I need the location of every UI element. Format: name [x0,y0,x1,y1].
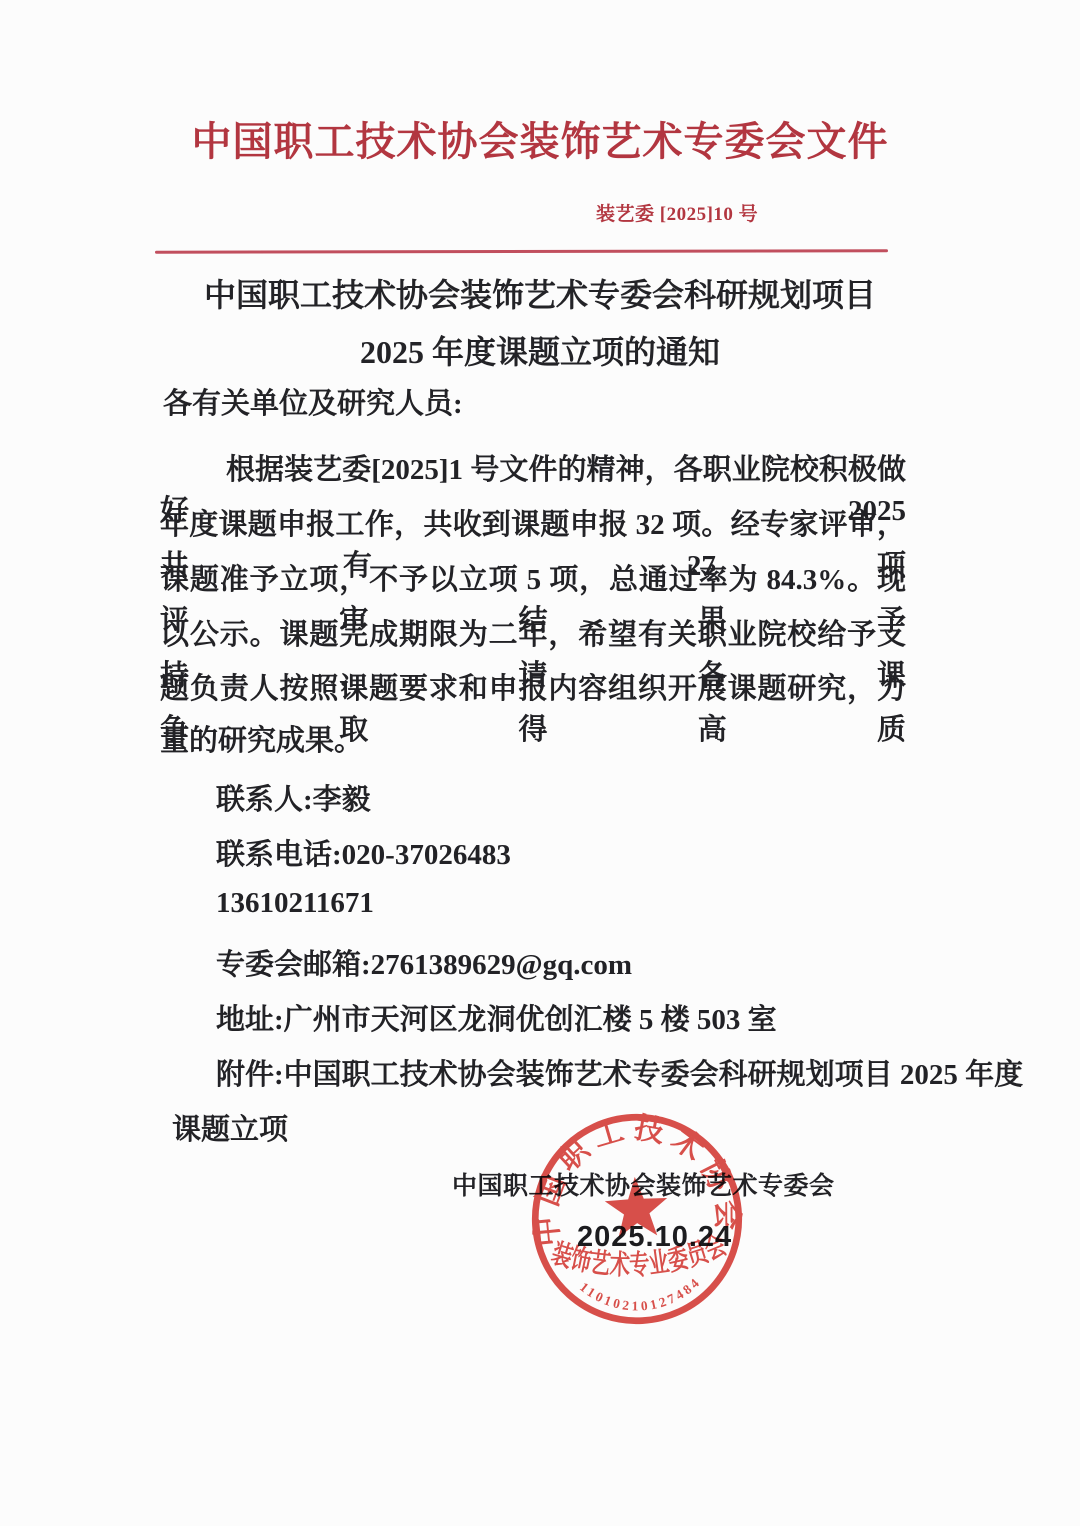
attachment-line: 附件:中国职工技术协会装饰艺术专委会科研规划项目 2025 年度 [216,1052,1023,1093]
notice-title-line1: 中国职工技术协会装饰艺术专委会科研规划项目 [0,270,1080,316]
document-page: 中国职工技术协会装饰艺术专委会文件 装艺委 [2025]10 号 中国职工技术协… [0,0,1080,1526]
document-header-title: 中国职工技术协会装饰艺术专委会文件 [0,110,1080,167]
header-divider-rule [155,249,888,254]
salutation: 各有关单位及研究人员: [163,381,463,422]
document-number: 装艺委 [2025]10 号 [596,199,758,226]
contact-address-line: 地址:广州市天河区龙洞优创汇楼 5 楼 503 室 [216,997,777,1038]
body-paragraph-line: 量的研究成果。 [160,718,906,759]
stamp-star-icon [604,1175,670,1238]
contact-mobile-line: 13610211671 [216,887,374,920]
contact-person-line: 联系人:李毅 [216,777,371,818]
attachment-line-continuation: 课题立项 [172,1107,288,1148]
notice-title-line2: 2025 年度课题立项的通知 [0,327,1080,373]
official-red-seal: 中国职工技术协会 装饰艺术专业委员会 11010210127484 [520,1102,753,1335]
contact-email-line: 专委会邮箱:2761389629@gq.com [216,942,632,983]
seal-graphic: 中国职工技术协会 装饰艺术专业委员会 11010210127484 [520,1102,753,1335]
contact-phone-line: 联系电话:020-37026483 [216,832,511,873]
svg-text:装饰艺术专业委员会: 装饰艺术专业委员会 [546,1229,732,1285]
seal-subtitle-text: 装饰艺术专业委员会 [546,1229,732,1285]
